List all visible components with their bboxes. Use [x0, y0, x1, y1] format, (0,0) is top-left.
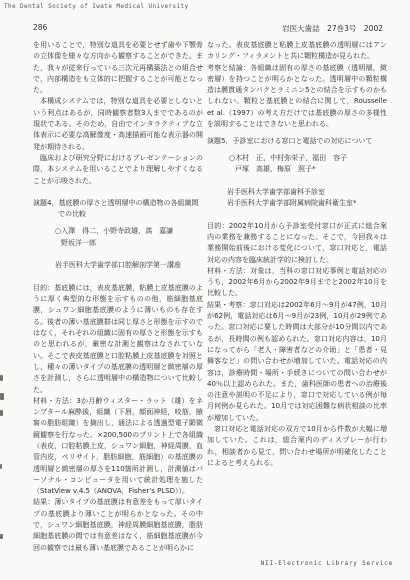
scan-artifact: [0, 464, 2, 469]
session4-discussion: 考察と結論：各組織は固有の厚さの基底膜（透明層，緻密層）を持つことが明らかとなっ…: [207, 63, 387, 131]
right-column: なった。表皮基底膜と粘膜上皮基底膜の透明層にはアンカリング・フィラメントと共に顆…: [207, 40, 387, 469]
scan-artifact: [0, 534, 3, 539]
session5-authors-line2: 戸塚 高雄，梅原 照子*: [229, 164, 387, 175]
session5-results: 結果・考察：窓口対応は2002年6月〜9月が47例，10月が62例，電話対応は6…: [207, 300, 387, 424]
session4-authors: ○入澤 得二，小野寺政雄，馮 嘉謙 野坂洋一郎: [33, 226, 203, 249]
session5-authors: ○木村 正，中村弥栄子，福田 容子 戸塚 高雄，梅原 照子*: [207, 153, 387, 176]
session4-affiliation: 岩手医科大学歯学部口腔解剖学第一講座: [33, 260, 203, 271]
session5-methods: 材料・方法：対象は，当科の窓口対応事例と電話対応のうち，2002年6月から200…: [207, 266, 387, 300]
page-header: 286 岩医大歯誌 27巻3号 2002: [33, 23, 383, 34]
session4-title: 演題4．基底膜の厚さと透明層中の構造物の各組織間での比較: [33, 198, 203, 221]
scan-artifact: [0, 410, 3, 416]
spacer: [33, 187, 203, 198]
session4-results-continuation: なった。表皮基底膜と粘膜上皮基底膜の透明層にはアンカリング・フィラメントと共に顆…: [207, 40, 387, 63]
session5-authors-line1: ○木村 正，中村弥栄子，福田 容子: [229, 153, 387, 164]
session4-authors-line1: ○入澤 得二，小野寺政雄，馮 嘉謙: [55, 226, 203, 237]
digitizer-header: The Dental Society of Iwate Medical Univ…: [4, 3, 189, 10]
scan-artifact: [0, 375, 3, 381]
session4-results: 結果：薄いタイプの基底膜は有意差をもって厚いタイプの基底膜より薄いことが明らかと…: [33, 497, 203, 553]
session5-conclusion: 窓口対応と電話対応の双方で10月から件数が大幅に増加していた。これは，総合案内の…: [207, 424, 387, 469]
scan-artifact: [0, 393, 4, 400]
clinical-paragraph: 臨床および研究分野におけるプレゼンテーションの際，本システムを用いることでより理…: [33, 153, 203, 187]
session5-affiliation-1: 岩手医科大学歯学部歯科予診室: [207, 187, 387, 198]
left-column: を用いることで，特別な道具を必要とせず歯や下顎骨の立体像を様々な方向から観察する…: [33, 40, 203, 554]
session5-title: 演題5．予診室における窓口と電話での対応について: [207, 136, 387, 147]
continuation-paragraph: を用いることで，特別な道具を必要とせず歯や下顎骨の立体像を様々な方向から観察する…: [33, 40, 203, 96]
spacer: [33, 249, 203, 260]
session4-methods: 材料・方法：3か月齢ウィスター・ラット（雄）をネンブタール麻酔後，組織（下唇，顔…: [33, 396, 203, 498]
page-number: 286: [33, 23, 47, 34]
spacer: [207, 175, 387, 186]
session4-authors-line2: 野坂洋一郎: [55, 238, 203, 249]
session5-affiliation-2: 岩手医科大学歯学部附属病院歯科衛生室*: [207, 198, 387, 209]
journal-issue: 岩医大歯誌 27巻3号 2002: [282, 23, 383, 34]
spacer: [33, 272, 203, 283]
session4-purpose: 目的：基底膜には，表皮基底膜，粘膜上皮基底膜のように厚く典型的な形態を示すものの…: [33, 283, 203, 396]
system-paragraph: 本構成システムでは，特別な道具を必要としないという利点はあるが，同時観察者数3人…: [33, 96, 203, 152]
library-service-footer: NII-Electronic Library Service: [261, 560, 393, 567]
session5-purpose: 目的：2002年10月から予診室受付窓口が正式に総合案内の業務を兼務することにな…: [207, 221, 387, 266]
spacer: [207, 209, 387, 220]
